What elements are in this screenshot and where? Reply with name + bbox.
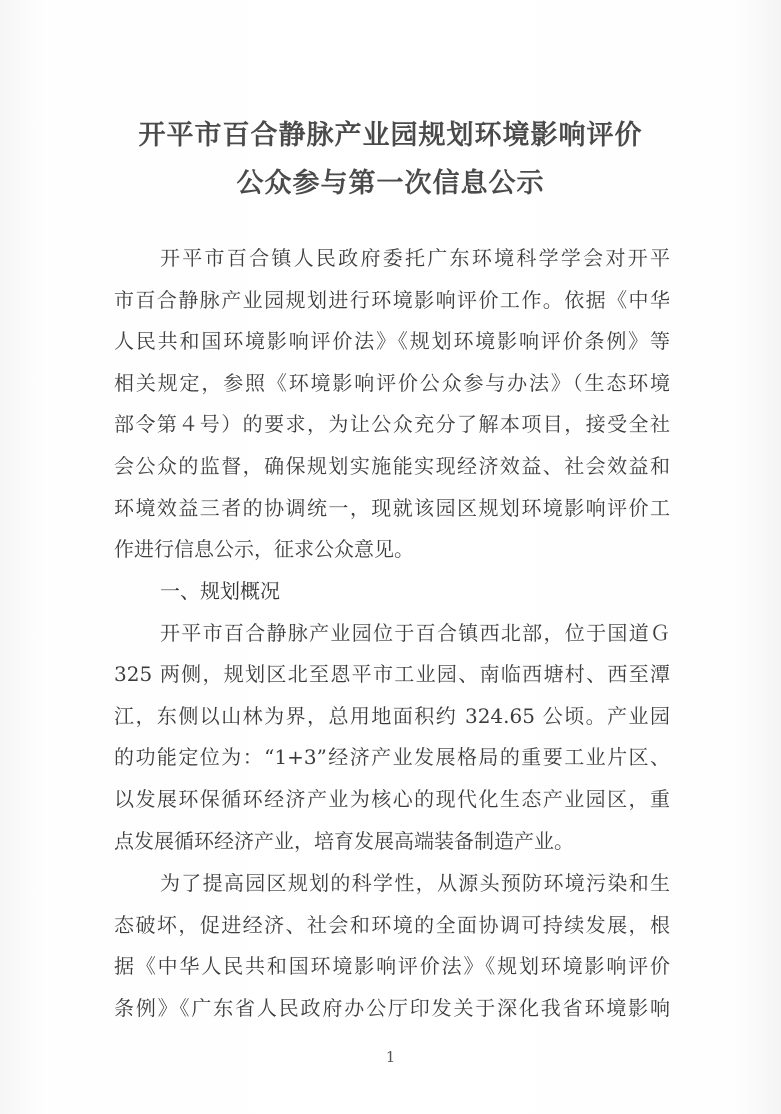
text-line: 人民共和国环境影响评价法》《规划环境影响评价条例》等: [114, 327, 670, 355]
page-number: 1: [0, 1048, 781, 1066]
text-line: 为了提高园区规划的科学性，从源头预防环境污染和生: [160, 869, 670, 897]
document-page: 开平市百合静脉产业园规划环境影响评价 公众参与第一次信息公示 开平市百合镇人民政…: [0, 0, 781, 1114]
text-line: 开平市百合镇人民政府委托广东环境科学学会对开平: [160, 244, 670, 272]
text-line: 江，东侧以山林为界，总用地面积约 324.65 公顷。产业园: [114, 702, 670, 730]
document-title-line-2: 公众参与第一次信息公示: [0, 161, 781, 200]
text-line: 点发展循环经济产业，培育发展高端装备制造产业。: [114, 827, 670, 855]
text-line: 部令第４号）的要求，为让公众充分了解本项目，接受全社: [114, 410, 670, 438]
text-line: 325 两侧，规划区北至恩平市工业园、南临西塘村、西至潭: [114, 660, 670, 688]
text-line: 作进行信息公示，征求公众意见。: [114, 535, 670, 563]
text-line: 相关规定，参照《环境影响评价公众参与办法》（生态环境: [114, 369, 670, 397]
text-line: 市百合静脉产业园规划进行环境影响评价工作。依据《中华: [114, 286, 670, 314]
text-line: 以发展环保循环经济产业为核心的现代化生态产业园区，重: [114, 785, 670, 813]
text-line: 环境效益三者的协调统一，现就该园区规划环境影响评价工: [114, 494, 670, 522]
document-title-line-1: 开平市百合静脉产业园规划环境影响评价: [0, 113, 781, 152]
text-line: 开平市百合静脉产业园位于百合镇西北部，位于国道Ｇ: [160, 619, 670, 647]
text-line: 条例》《广东省人民政府办公厅印发关于深化我省环境影响: [114, 994, 670, 1022]
text-line: 会公众的监督，确保规划实施能实现经济效益、社会效益和: [114, 452, 670, 480]
text-line: 的功能定位为：“1+3”经济产业发展格局的重要工业片区、: [114, 743, 670, 771]
text-line: 据《中华人民共和国环境影响评价法》《规划环境影响评价: [114, 952, 670, 980]
section-heading: 一、规划概况: [160, 577, 670, 605]
text-line: 态破坏，促进经济、社会和环境的全面协调可持续发展，根: [114, 911, 670, 939]
